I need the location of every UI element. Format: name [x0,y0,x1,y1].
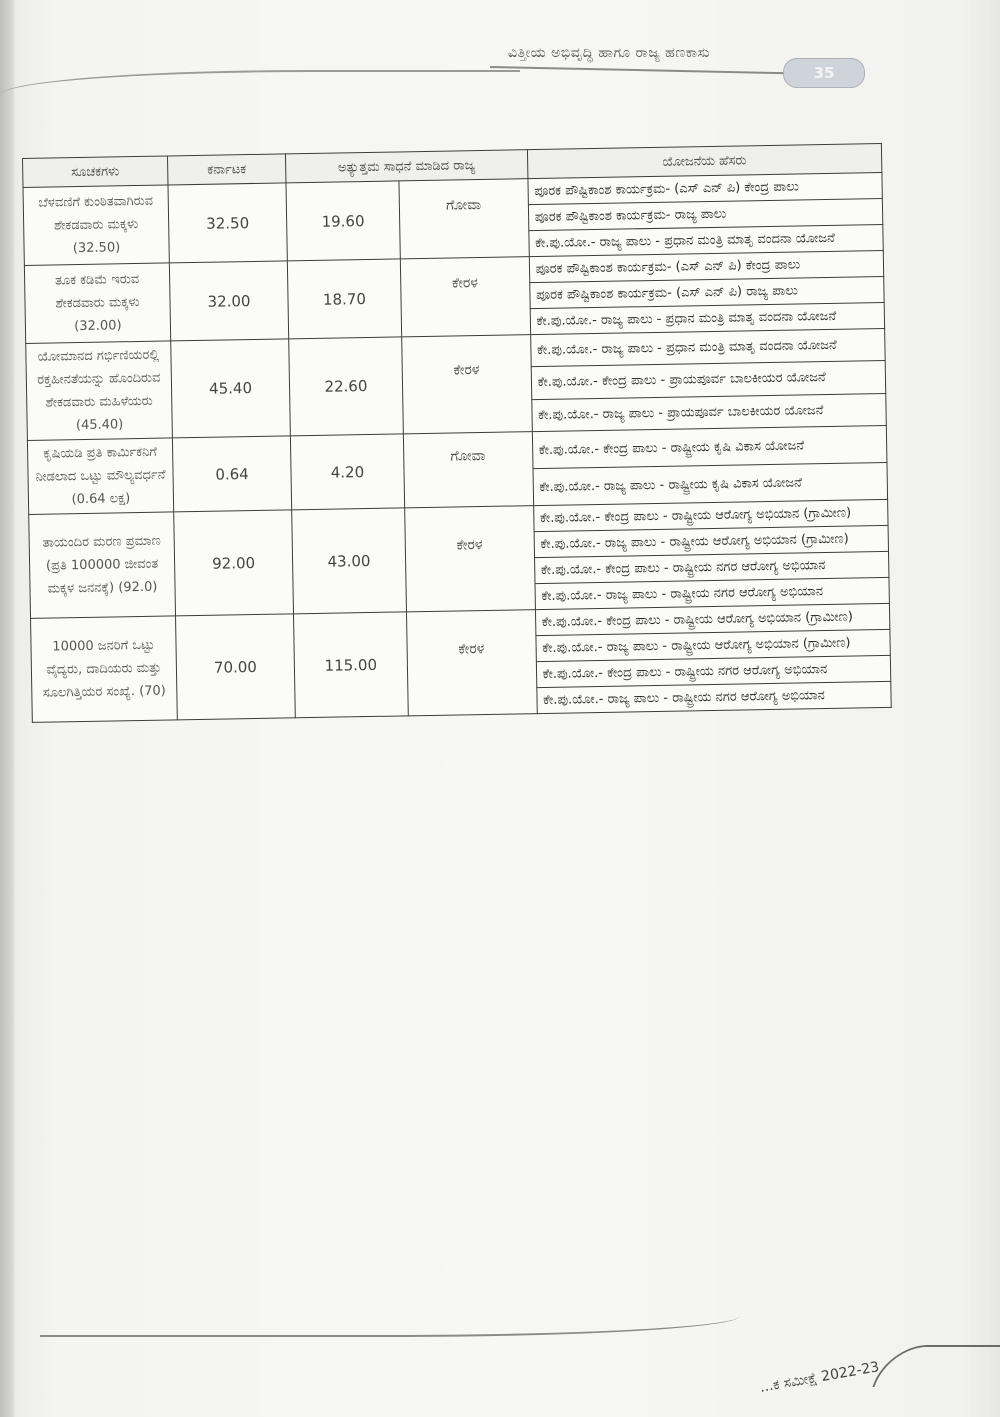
column-header-karnataka: ಕರ್ನಾಟಕ [167,154,286,185]
header-rule [490,66,790,74]
best-state-cell: ಗೋವಾ [403,432,533,508]
best-value-cell: 4.20 [290,434,404,510]
page-binding-edge [0,0,14,1417]
table-body: ಬೆಳವಣಿಗೆ ಕುಂಠಿತವಾಗಿರುವ ಶೇಕಡವಾರು ಮಕ್ಕಳು (… [23,172,891,722]
best-state-cell: ಕೇರಳ [404,506,535,612]
best-state-name: ಕೇರಳ [452,275,478,291]
best-state-cell: ಕೇರಳ [400,257,530,337]
karnataka-value-cell: 45.40 [171,339,291,438]
indicators-table: ಸೂಚಕಗಳು ಕರ್ನಾಟಕ ಅತ್ಯುತ್ತಮ ಸಾಧನೆ ಮಾಡಿದ ರಾ… [22,143,892,723]
best-value-cell: 22.60 [289,337,403,436]
indicator-cell: 10000 ಜನರಿಗೆ ಒಟ್ಟು ವೈದ್ಯರು, ದಾದಿಯರು ಮತ್ತ… [31,616,178,723]
karnataka-value-cell: 0.64 [172,436,291,512]
indicator-cell: ಕೃಷಿಯಡಿ ಪ್ರತಿ ಕಾರ್ಮಿಕನಿಗೆ ನೀಡಲಾದ ಒಟ್ಟು ಮ… [27,438,173,515]
best-value-cell: 19.60 [286,181,400,261]
best-value-cell: 18.70 [287,259,401,339]
karnataka-value-cell: 70.00 [175,614,295,720]
running-header: ವಿತ್ತೀಯ ಅಭಿವೃದ್ಧಿ ಹಾಗೂ ರಾಜ್ಯ ಹಣಕಾಸು 35 [490,40,890,90]
page-number-badge: 35 [783,58,865,88]
karnataka-value-cell: 92.00 [174,510,294,616]
best-state-cell: ಕೇರಳ [401,335,532,434]
scheme-name-cell: ಕೇ.ಪು.ಯೋ.- ರಾಜ್ಯ ಪಾಲು - ರಾಷ್ಟ್ರೀಯ ನಗರ ಆರ… [536,681,891,713]
karnataka-value-cell: 32.00 [169,261,288,341]
running-header-title: ವಿತ್ತೀಯ ಅಭಿವೃದ್ಧಿ ಹಾಗೂ ರಾಜ್ಯ ಹಣಕಾಸು [508,45,710,61]
column-header-best-state: ಅತ್ಯುತ್ತಮ ಸಾಧನೆ ಮಾಡಿದ ರಾಜ್ಯ [286,150,528,183]
footer-rule [40,1295,740,1337]
column-header-indicators: ಸೂಚಕಗಳು [23,156,168,188]
best-state-name: ಗೋವಾ [450,447,485,464]
scheme-name-cell: ಕೇ.ಪು.ಯೋ.- ಕೇಂದ್ರ ಪಾಲು - ರಾಷ್ಟ್ರೀಯ ಕೃಷಿ … [532,425,887,468]
karnataka-value-cell: 32.50 [168,183,287,263]
indicator-cell: ಬೆಳವಣಿಗೆ ಕುಂಠಿತವಾಗಿರುವ ಶೇಕಡವಾರು ಮಕ್ಕಳು (… [23,185,169,266]
best-value-cell: 43.00 [292,508,407,614]
indicator-cell: ತಾಯಂದಿರ ಮರಣ ಪ್ರಮಾಣ (ಪ್ರತಿ 100000 ಜೀವಂತ ಮ… [29,512,176,619]
best-value-cell: 115.00 [294,612,409,718]
header-rule-curve [0,70,520,112]
indicator-cell: ಯೋಮಾನದ ಗರ್ಭಿಣಿಯರಲ್ಲಿ ರಕ್ತಹೀನತೆಯನ್ನು ಹೊಂದ… [26,341,173,441]
indicators-table-container: ಸೂಚಕಗಳು ಕರ್ನಾಟಕ ಅತ್ಯುತ್ತಮ ಸಾಧನೆ ಮಾಡಿದ ರಾ… [22,143,892,723]
best-state-name: ಗೋವಾ [446,196,481,213]
best-state-name: ಕೇರಳ [456,537,482,553]
scheme-name-cell: ಕೇ.ಪು.ಯೋ.- ರಾಜ್ಯ ಪಾಲು - ರಾಷ್ಟ್ರೀಯ ಕೃಷಿ ವ… [533,462,888,505]
running-footer: ...ಕ ಸಮೀಕ್ಷೆ 2022-23 [759,1359,881,1396]
best-state-name: ಕೇರಳ [453,362,479,378]
best-state-cell: ಕೇರಳ [406,610,537,716]
best-state-name: ಕೇರಳ [458,641,484,657]
footer-rule-curve [872,1345,1000,1387]
best-state-cell: ಗೋವಾ [399,179,529,259]
indicator-cell: ತೂಕ ಕಡಿಮೆ ಇರುವ ಶೇಕಡವಾರು ಮಕ್ಕಳು (32.00) [24,263,170,344]
